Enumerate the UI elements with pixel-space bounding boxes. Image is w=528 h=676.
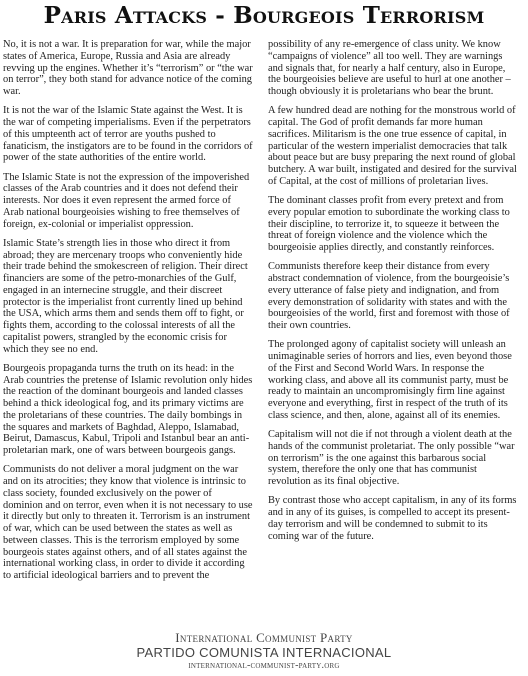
paragraph: It is not the war of the Islamic State a…: [3, 105, 253, 164]
paragraph: Communists therefore keep their distance…: [268, 261, 518, 332]
left-column: No, it is not a war. It is preparation f…: [3, 39, 253, 589]
page-title: Paris Attacks - Bourgeois Terrorism: [0, 2, 528, 29]
paragraph: The dominant classes profit from every p…: [268, 195, 518, 254]
paragraph: Communists do not deliver a moral judgme…: [3, 464, 253, 582]
paragraph: Capitalism will not die if not through a…: [268, 429, 518, 488]
paragraph: The Islamic State is not the expression …: [3, 172, 253, 231]
paragraph: A few hundred dead are nothing for the m…: [268, 105, 518, 187]
footer-party-name-english: International Communist Party: [0, 630, 528, 645]
paragraph: Islamic State’s strength lies in those w…: [3, 238, 253, 356]
right-column: possibility of any re-emergence of class…: [268, 39, 518, 550]
paragraph: The prolonged agony of capitalist societ…: [268, 339, 518, 421]
paragraph: Bourgeois propaganda turns the truth on …: [3, 363, 253, 457]
footer-party-name-spanish: PARTIDO COMUNISTA INTERNACIONAL: [0, 645, 528, 660]
paragraph: No, it is not a war. It is preparation f…: [3, 39, 253, 98]
footer-website: international-communist-party.org: [0, 660, 528, 672]
footer: International Communist Party PARTIDO CO…: [0, 630, 528, 672]
paragraph: By contrast those who accept capitalism,…: [268, 495, 518, 542]
paragraph: possibility of any re-emergence of class…: [268, 39, 518, 98]
